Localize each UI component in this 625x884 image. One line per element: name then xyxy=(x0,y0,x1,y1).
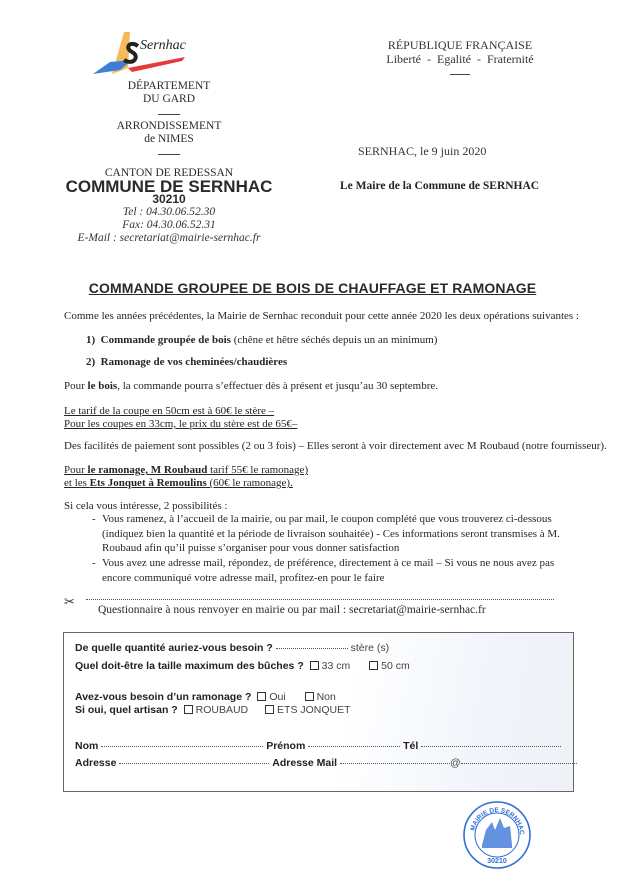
ramonage2-bold: Ets Jonquet à Remoulins xyxy=(90,477,207,489)
tel-label: Tél xyxy=(403,740,418,752)
bullet-marker: - xyxy=(92,557,96,570)
mail-user-input[interactable] xyxy=(340,763,450,764)
quantite-unit: stère (s) xyxy=(351,642,390,654)
bois-paragraph: Pour le bois, la commande pourra s’effec… xyxy=(64,380,438,393)
signataire: Le Maire de la Commune de SERNHAC xyxy=(340,180,539,192)
departement-line2: DU GARD xyxy=(60,93,278,106)
stamp-postal: 30210 xyxy=(487,858,507,865)
checkbox-33cm[interactable] xyxy=(310,661,319,670)
fax: Fax: 04.30.06.52.31 xyxy=(60,219,278,232)
official-seal-icon: MAIRIE DE SERNHAC 30210 xyxy=(462,800,532,870)
ramonage-label: Avez-vous besoin d’un ramonage ? xyxy=(75,691,251,703)
republique-block: RÉPUBLIQUE FRANÇAISE Liberté - Egalité -… xyxy=(350,38,570,75)
prenom-input[interactable] xyxy=(308,746,400,747)
ramonage-jonquet: et les Ets Jonquet à Remoulins (60€ le r… xyxy=(64,477,293,490)
operation-2: 2) Ramonage de vos cheminées/chaudières xyxy=(86,356,287,369)
identity-row: Nom Prénom Tél xyxy=(75,740,561,752)
ramonage1-bold: le ramonage, M Roubaud xyxy=(88,464,208,476)
option-roubaud: ROUBAUD xyxy=(196,704,249,716)
option-50cm: 50 cm xyxy=(381,660,410,672)
mail-domain-input[interactable] xyxy=(461,763,577,764)
option-jonquet: ETS JONQUET xyxy=(277,704,351,716)
checkbox-roubaud[interactable] xyxy=(184,705,193,714)
order-form: De quelle quantité auriez-vous besoin ? … xyxy=(63,632,574,792)
divider xyxy=(158,154,180,155)
ramonage-roubaud: Pour le ramonage, M Roubaud tarif 55€ le… xyxy=(64,464,308,477)
op2-title: Ramonage de vos cheminées/chaudières xyxy=(101,356,287,368)
nom-label: Nom xyxy=(75,740,98,752)
option-non: Non xyxy=(317,691,336,703)
sernhac-logo: Sernhac xyxy=(90,28,190,78)
email[interactable]: E-Mail : secretariat@mairie-sernhac.fr xyxy=(60,232,278,245)
paiement-paragraph: Des facilités de paiement sont possibles… xyxy=(64,440,607,453)
bois-pre: Pour xyxy=(64,380,88,392)
taille-row: Quel doit-être la taille maximum des bûc… xyxy=(75,660,410,672)
operation-1: 1) Commande groupée de bois (chêne et hê… xyxy=(86,334,437,347)
ramonage2-rest: (60€ le ramonage). xyxy=(207,477,293,489)
adresse-label: Adresse xyxy=(75,757,116,769)
bullet-2: Vous avez une adresse mail, répondez, de… xyxy=(102,556,582,585)
adresse-input[interactable] xyxy=(119,763,269,764)
tarif-50cm: Le tarif de la coupe en 50cm est à 60€ l… xyxy=(64,405,274,418)
arrondissement-line2: de NIMES xyxy=(60,133,278,146)
quantite-row: De quelle quantité auriez-vous besoin ? … xyxy=(75,642,389,654)
op1-num: 1) xyxy=(86,334,95,346)
op1-detail: (chêne et hêtre séchés depuis un an mini… xyxy=(231,334,438,346)
bois-bold: le bois xyxy=(88,380,118,392)
ramonage1-rest: tarif 55€ le ramonage) xyxy=(207,464,308,476)
checkbox-50cm[interactable] xyxy=(369,661,378,670)
mail-label: Adresse Mail xyxy=(272,757,337,769)
op2-num: 2) xyxy=(86,356,95,368)
quantite-label: De quelle quantité auriez-vous besoin ? xyxy=(75,642,273,654)
departement-block: DÉPARTEMENT DU GARD xyxy=(60,80,278,115)
prenom-label: Prénom xyxy=(266,740,305,752)
taille-label: Quel doit-être la taille maximum des bûc… xyxy=(75,660,304,672)
artisan-label: Si oui, quel artisan ? xyxy=(75,704,178,716)
devise: Liberté - Egalité - Fraternité xyxy=(350,52,570,66)
address-row: Adresse Adresse Mail @ xyxy=(75,757,577,769)
logo-text: Sernhac xyxy=(140,38,186,54)
tel: Tel : 04.30.06.52.30 xyxy=(60,206,278,219)
option-33cm: 33 cm xyxy=(322,660,351,672)
ramonage1-pre: Pour xyxy=(64,464,88,476)
option-oui: Oui xyxy=(269,691,285,703)
questionnaire-instructions: Questionnaire à nous renvoyer en mairie … xyxy=(98,604,486,616)
nom-input[interactable] xyxy=(101,746,263,747)
divider xyxy=(450,74,470,75)
checkbox-non[interactable] xyxy=(305,692,314,701)
intro-paragraph: Comme les années précédentes, la Mairie … xyxy=(64,310,579,323)
letter-date: SERNHAC, le 9 juin 2020 xyxy=(358,144,486,159)
commune-block: CANTON DE REDESSAN COMMUNE DE SERNHAC 30… xyxy=(60,167,278,245)
bois-rest: , la commande pourra s’effectuer dès à p… xyxy=(117,380,438,392)
arrondissement-line1: ARRONDISSEMENT xyxy=(60,120,278,133)
mairie-stamp: MAIRIE DE SERNHAC 30210 xyxy=(462,800,532,870)
bullet-1: Vous ramenez, à l’accueil de la mairie, … xyxy=(102,512,582,556)
artisan-row: Si oui, quel artisan ? ROUBAUD ETS JONQU… xyxy=(75,704,351,716)
republique: RÉPUBLIQUE FRANÇAISE xyxy=(350,38,570,52)
bullet-marker: - xyxy=(92,513,96,526)
arrondissement-block: ARRONDISSEMENT de NIMES xyxy=(60,120,278,155)
tarif-33cm: Pour les coupes en 33cm, le prix du stèr… xyxy=(64,418,297,431)
departement-line1: DÉPARTEMENT xyxy=(60,80,278,93)
tel-input[interactable] xyxy=(421,746,561,747)
checkbox-oui[interactable] xyxy=(257,692,266,701)
checkbox-jonquet[interactable] xyxy=(265,705,274,714)
at-sign: @ xyxy=(450,757,461,769)
op1-title: Commande groupée de bois xyxy=(101,334,231,346)
ramonage-row: Avez-vous besoin d’un ramonage ? Oui Non xyxy=(75,691,336,703)
ramonage2-pre: et les xyxy=(64,477,90,489)
scissors-icon: ✂ xyxy=(64,594,75,609)
dotted-separator xyxy=(86,599,554,600)
quantite-input[interactable] xyxy=(276,648,348,649)
document-title: COMMANDE GROUPEE DE BOIS DE CHAUFFAGE ET… xyxy=(0,280,625,296)
divider xyxy=(158,114,180,115)
